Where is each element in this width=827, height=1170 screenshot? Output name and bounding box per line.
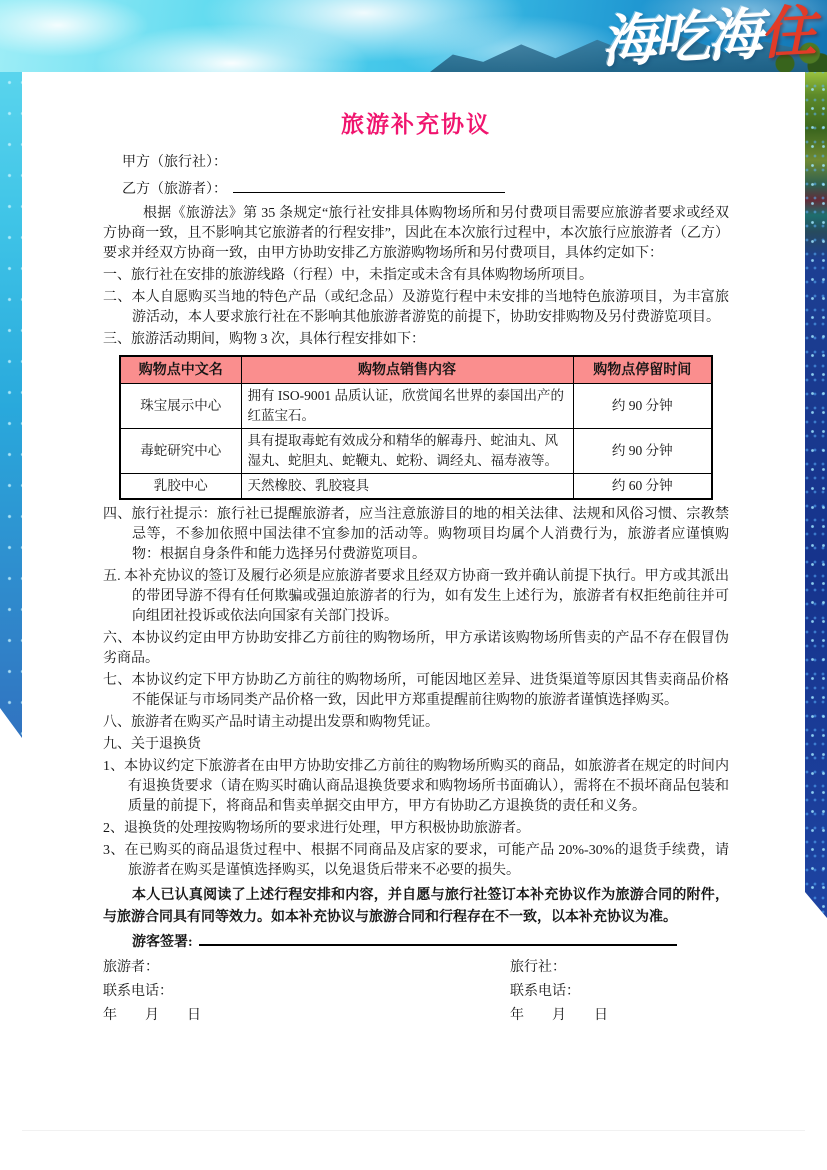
signature-blank-line xyxy=(199,931,677,946)
subclause-3: 3、在已购买的商品退货过程中、根据不同商品及店家的要求，可能产品 20%-30%… xyxy=(103,841,729,881)
party-b-label: 乙方（旅游者）： xyxy=(122,182,227,197)
clause-4: 四、旅行社提示：旅行社已提醒旅游者，应当注意旅游目的地的相关法律、法规和风俗习惯… xyxy=(103,505,729,565)
stop-duration: 约 90 分钟 xyxy=(573,384,712,429)
party-a-line: 甲方（旅行社）： xyxy=(103,150,729,175)
col-header-duration: 购物点停留时间 xyxy=(573,356,712,384)
signature-label: 游客签署: xyxy=(132,935,193,950)
clause-2: 二、本人自愿购买当地的特色产品（或纪念品）及游览行程中未安排的当地特色旅游项目，… xyxy=(103,288,729,328)
agency-signature-column: 旅行社： 联系电话： 年 月 日 xyxy=(510,957,729,1029)
agreement-document: 旅游补充协议 甲方（旅行社）： 乙方（旅游者）： 根据《旅游法》第 35 条规定… xyxy=(22,72,805,1131)
party-b-blank-line xyxy=(233,179,505,193)
col-header-name: 购物点中文名 xyxy=(120,356,241,384)
banner-title-accent: 住 xyxy=(758,0,814,67)
clause-1: 一、旅行社在安排的旅游线路（行程）中，未指定或未含有具体购物场所项目。 xyxy=(103,266,729,286)
tourist-label: 旅游者： xyxy=(103,957,510,979)
agency-date-label: 年 月 日 xyxy=(510,1005,729,1027)
banner-title-main: 海吃海 xyxy=(599,2,761,75)
stop-duration: 约 90 分钟 xyxy=(573,429,712,474)
scanned-agreement-page: 海吃海住 旅游补充协议 甲方（旅行社）： 乙方（旅游者）： 根据《旅游法》第 3… xyxy=(0,0,827,1170)
subclause-1: 1、本协议约定下旅游者在由甲方协助安排乙方前往的购物场所购买的商品，如旅游者在规… xyxy=(103,757,729,817)
stop-content: 天然橡胶、乳胶寝具 xyxy=(241,474,573,500)
stop-name: 珠宝展示中心 xyxy=(120,384,241,429)
clause-9: 九、关于退换货 xyxy=(103,735,729,755)
declaration-paragraph: 本人已认真阅读了上述行程安排和内容，并自愿与旅行社签订本补充协议作为旅游合同的附… xyxy=(103,885,729,929)
col-header-content: 购物点销售内容 xyxy=(241,356,573,384)
clause-6: 六、本协议约定由甲方协助安排乙方前往的购物场所，甲方承诺该购物场所售卖的产品不存… xyxy=(103,629,729,669)
table-row: 毒蛇研究中心 具有提取毒蛇有效成分和精华的解毒丹、蛇油丸、风湿丸、蛇胆丸、蛇鞭丸… xyxy=(120,429,712,474)
right-photo-border xyxy=(805,0,827,918)
stop-name: 毒蛇研究中心 xyxy=(120,429,241,474)
tourist-date-label: 年 月 日 xyxy=(103,1005,510,1027)
clause-3: 三、旅游活动期间，购物 3 次，具体行程安排如下： xyxy=(103,330,729,350)
intro-paragraph: 根据《旅游法》第 35 条规定“旅行社安排具体购物场所和另付费项目需要应旅游者要… xyxy=(103,204,729,264)
agency-label: 旅行社： xyxy=(510,957,729,979)
stop-content: 具有提取毒蛇有效成分和精华的解毒丹、蛇油丸、风湿丸、蛇胆丸、蛇鞭丸、蛇粉、调经丸… xyxy=(241,429,573,474)
shopping-stops-table: 购物点中文名 购物点销售内容 购物点停留时间 珠宝展示中心 拥有 ISO-900… xyxy=(119,355,713,500)
agency-phone-label: 联系电话： xyxy=(510,981,729,1003)
visitor-signature-line: 游客签署: xyxy=(103,931,729,955)
document-title: 旅游补充协议 xyxy=(103,110,729,140)
party-b-line: 乙方（旅游者）： xyxy=(103,177,729,202)
clause-8: 八、旅游者在购买产品时请主动提出发票和购物凭证。 xyxy=(103,713,729,733)
left-photo-border xyxy=(0,0,22,738)
clause-7: 七、本协议约定下甲方协助乙方前往的购物场所，可能因地区差异、进货渠道等原因其售卖… xyxy=(103,671,729,711)
stop-name: 乳胶中心 xyxy=(120,474,241,500)
subclause-2: 2、退换货的处理按购物场所的要求进行处理，甲方积极协助旅游者。 xyxy=(103,819,729,839)
table-header-row: 购物点中文名 购物点销售内容 购物点停留时间 xyxy=(120,356,712,384)
table-row: 乳胶中心 天然橡胶、乳胶寝具 约 60 分钟 xyxy=(120,474,712,500)
banner-title: 海吃海住 xyxy=(599,0,814,79)
tourist-signature-column: 旅游者： 联系电话： 年 月 日 xyxy=(103,957,510,1029)
stop-duration: 约 60 分钟 xyxy=(573,474,712,500)
stop-content: 拥有 ISO-9001 品质认证，欣赏闻名世界的泰国出产的红蓝宝石。 xyxy=(241,384,573,429)
table-row: 珠宝展示中心 拥有 ISO-9001 品质认证，欣赏闻名世界的泰国出产的红蓝宝石… xyxy=(120,384,712,429)
clause-5: 五. 本补充协议的签订及履行必须是应旅游者要求且经双方协商一致并确认前提下执行。… xyxy=(103,567,729,627)
tourist-phone-label: 联系电话： xyxy=(103,981,510,1003)
signature-block: 旅游者： 联系电话： 年 月 日 旅行社： 联系电话： 年 月 日 xyxy=(103,957,729,1029)
